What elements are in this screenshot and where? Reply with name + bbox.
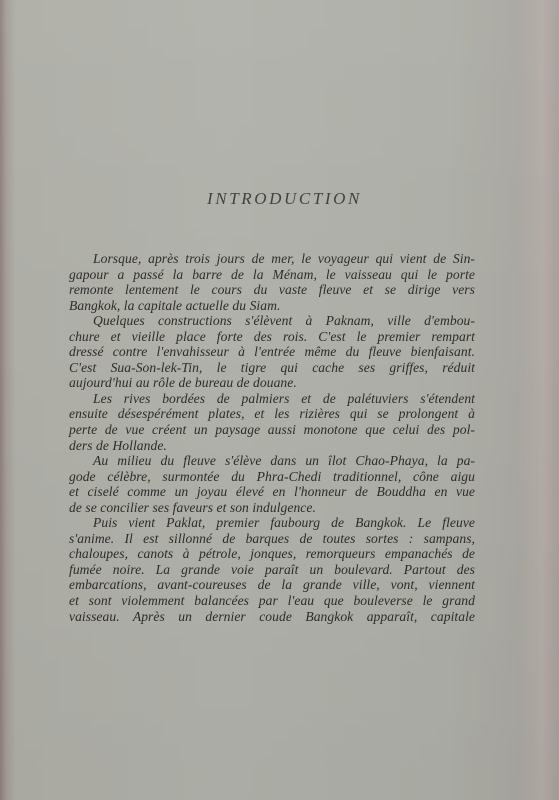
text-line: aujourd'hui au rôle de bureau de douane. (45, 375, 475, 391)
text-line: de se concilier ses faveurs et son indul… (45, 500, 475, 516)
body-text: Lorsque, après trois jours de mer, le vo… (45, 251, 475, 624)
chapter-title: INTRODUCTION (0, 189, 559, 209)
text-line: gapour a passé la barre de la Ménam, le … (45, 267, 475, 283)
text-line: C'est Sua-Son-lek-Tin, le tigre qui cach… (45, 360, 475, 376)
text-line: s'anime. Il est sillonné de barques de t… (45, 531, 475, 547)
paragraph-5: Puis vient Paklat, premier faubourg de B… (45, 515, 475, 624)
text-line: chure et vieille place forte des rois. C… (45, 329, 475, 345)
text-line: gode célèbre, surmontée du Phra-Chedi tr… (45, 469, 475, 485)
text-line: perte de vue créent un paysage aussi mon… (45, 422, 475, 438)
paragraph-3: Les rives bordées de palmiers et de palé… (45, 391, 475, 453)
text-line: dressé contre l'envahisseur à l'entrée m… (45, 344, 475, 360)
paragraph-4: Au milieu du fleuve s'élève dans un îlot… (45, 453, 475, 515)
paragraph-1: Lorsque, après trois jours de mer, le vo… (45, 251, 475, 313)
text-line: ensuite désespérément plates, et les riz… (45, 406, 475, 422)
text-line: Quelques constructions s'élèvent à Pakna… (45, 313, 475, 329)
text-line: ders de Hollande. (45, 438, 475, 454)
book-page: INTRODUCTION Lorsque, après trois jours … (0, 0, 559, 800)
paragraph-2: Quelques constructions s'élèvent à Pakna… (45, 313, 475, 391)
text-line: et sont violemment balancées par l'eau q… (45, 593, 475, 609)
text-line: Lorsque, après trois jours de mer, le vo… (45, 251, 475, 267)
text-line: Puis vient Paklat, premier faubourg de B… (45, 515, 475, 531)
text-line: et ciselé comme un joyau élevé en l'honn… (45, 484, 475, 500)
text-line: embarcations, avant-coureuses de la gran… (45, 577, 475, 593)
text-line: Les rives bordées de palmiers et de palé… (45, 391, 475, 407)
text-line: vaisseau. Après un dernier coude Bangkok… (45, 609, 475, 625)
text-line: fumée noire. La grande voie paraît un bo… (45, 562, 475, 578)
text-line: chaloupes, canots à pétrole, jonques, re… (45, 546, 475, 562)
text-line: Bangkok, la capitale actuelle du Siam. (45, 298, 475, 314)
text-line: remonte lentement le cours du vaste fleu… (45, 282, 475, 298)
text-line: Au milieu du fleuve s'élève dans un îlot… (45, 453, 475, 469)
